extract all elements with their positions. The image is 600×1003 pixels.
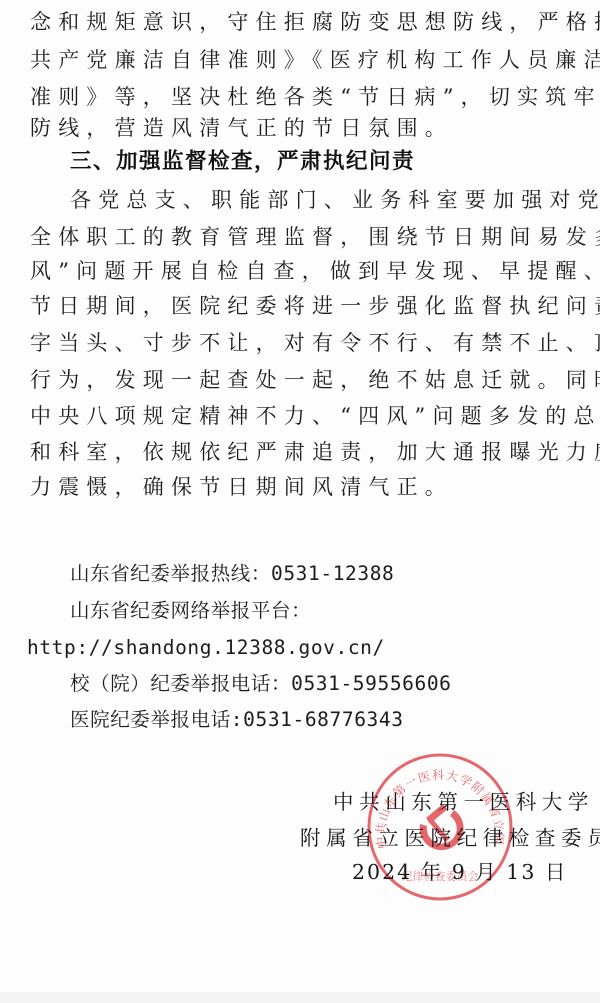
paragraph-line: 中央八项规定精神不力、“四风”问题多发的总支、部门 xyxy=(30,402,600,430)
paragraph-line: 字当头、寸步不让，对有令不行、有禁不止、顶风违纪的 xyxy=(30,329,600,357)
paragraph-line: 风”问题开展自检自查，做到早发现、早提醒、早遏制。 xyxy=(30,257,600,285)
paragraph-line: 节日期间，医院纪委将进一步强化监督执纪问责，坚持严 xyxy=(30,292,600,320)
document-page: 念和规矩意识，守住拒腐防变思想防线，严格执行《中国 共产党廉洁自律准则》《医疗机… xyxy=(0,0,600,1003)
signature-date: 2024 年 9 月 13 日 xyxy=(352,858,567,886)
paragraph-line: 各党总支、职能部门、业务科室要加强对党员干部和 xyxy=(70,186,600,214)
provincial-hotline: 山东省纪委举报热线：0531-12388 xyxy=(70,560,394,588)
section-heading: 三、加强监督检查，严肃执纪问责 xyxy=(70,148,415,176)
provincial-platform-url[interactable]: http://shandong.12388.gov.cn/ xyxy=(27,634,385,662)
paragraph-line: 和科室，依规依纪严肃追责，加大通报曝光力度，形成有 xyxy=(30,438,600,466)
signature-org-line2: 附属省立医院纪律检查委员会 xyxy=(300,824,600,852)
paragraph-line: 准则》等，坚决杜绝各类“节日病”，切实筑牢廉洁纪律 xyxy=(30,83,600,111)
paragraph-line: 防线，营造风清气正的节日氛围。 xyxy=(30,114,453,142)
paragraph-line: 行为，发现一起查处一起，绝不姑息迁就。同时，对落实 xyxy=(30,366,600,394)
paragraph-line: 念和规矩意识，守住拒腐防变思想防线，严格执行《中国 xyxy=(30,8,600,36)
provincial-platform-label: 山东省纪委网络举报平台： xyxy=(70,597,311,625)
paragraph-line: 共产党廉洁自律准则》《医疗机构工作人员廉洁从业九项 xyxy=(30,46,600,74)
hospital-report-phone: 医院纪委举报电话:0531-68776343 xyxy=(70,706,404,734)
page-bottom-edge xyxy=(0,992,600,1003)
paragraph-line: 全体职工的教育管理监督，围绕节日期间易发多发的“四 xyxy=(30,223,600,251)
signature-org-line1: 中共山东第一医科大学 xyxy=(333,788,594,816)
paragraph-line: 力震慑，确保节日期间风清气正。 xyxy=(30,473,453,501)
university-report-phone: 校（院）纪委举报电话：0531-59556606 xyxy=(70,670,452,698)
